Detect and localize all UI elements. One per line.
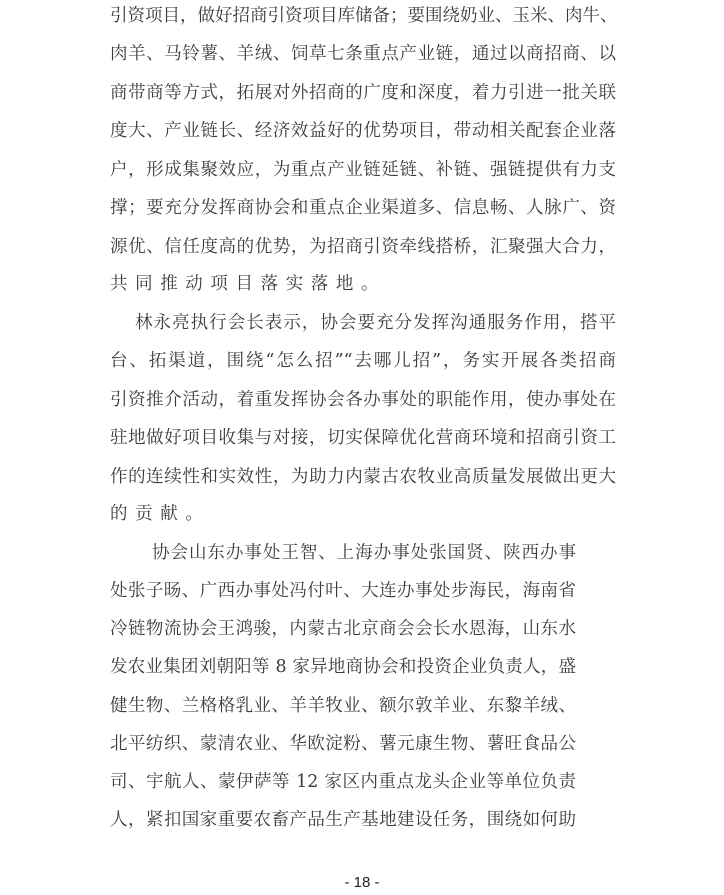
document-page: 引资项目，做好招商引资项目库储备；要围绕奶业、玉米、肉牛、 肉羊、马铃薯、羊绒、… <box>0 0 724 895</box>
page-number: - 18 - <box>0 874 724 891</box>
text-line: 户，形成集聚效应，为重点产业链延链、补链、强链提供有力支 <box>110 160 616 180</box>
text-line: 肉羊、马铃薯、羊绒、饲草七条重点产业链，通过以商招商、以 <box>110 44 616 64</box>
text-line: 的贡献。 <box>110 504 616 524</box>
text-line: 共同推动项目落实落地。 <box>110 274 616 294</box>
text-line: 商带商等方式，拓展对外招商的广度和深度，着力引进一批关联 <box>110 83 616 103</box>
text-line: 林永亮执行会长表示，协会要充分发挥沟通服务作用，搭平 <box>135 313 616 333</box>
text-line: 度大、产业链长、经济效益好的优势项目，带动相关配套企业落 <box>110 121 616 141</box>
text-line: 发农业集团刘朝阳等 8 家异地商协会和投资企业负责人，盛 <box>110 657 576 677</box>
text-line: 冷链物流协会王鸿骏，内蒙古北京商会会长水恩海，山东水 <box>110 619 576 639</box>
text-line: 协会山东办事处王智、上海办事处张国贤、陕西办事 <box>152 543 576 563</box>
text-line: 台、拓渠道，围绕“怎么招”“去哪儿招”，务实开展各类招商 <box>110 351 616 371</box>
text-line: 人，紧扣国家重要农畜产品生产基地建设任务，围绕如何助 <box>110 810 576 830</box>
text-line: 司、宇航人、蒙伊萨等 12 家区内重点龙头企业等单位负责 <box>110 772 576 792</box>
text-line: 驻地做好项目收集与对接，切实保障优化营商环境和招商引资工 <box>110 428 616 448</box>
text-line: 源优、信任度高的优势，为招商引资牵线搭桥，汇聚强大合力， <box>110 237 616 257</box>
text-line: 引资推介活动，着重发挥协会各办事处的职能作用，使办事处在 <box>110 390 616 410</box>
text-line: 健生物、兰格格乳业、羊羊牧业、额尔敦羊业、东黎羊绒、 <box>110 696 576 716</box>
text-line: 撑；要充分发挥商协会和重点企业渠道多、信息畅、人脉广、资 <box>110 198 616 218</box>
text-line: 处张子旸、广西办事处冯付叶、大连办事处步海民，海南省 <box>110 581 576 601</box>
text-line: 北平纺织、蒙清农业、华欧淀粉、薯元康生物、薯旺食品公 <box>110 734 576 754</box>
text-line: 作的连续性和实效性，为助力内蒙古农牧业高质量发展做出更大 <box>110 467 616 487</box>
text-line: 引资项目，做好招商引资项目库储备；要围绕奶业、玉米、肉牛、 <box>110 6 616 26</box>
